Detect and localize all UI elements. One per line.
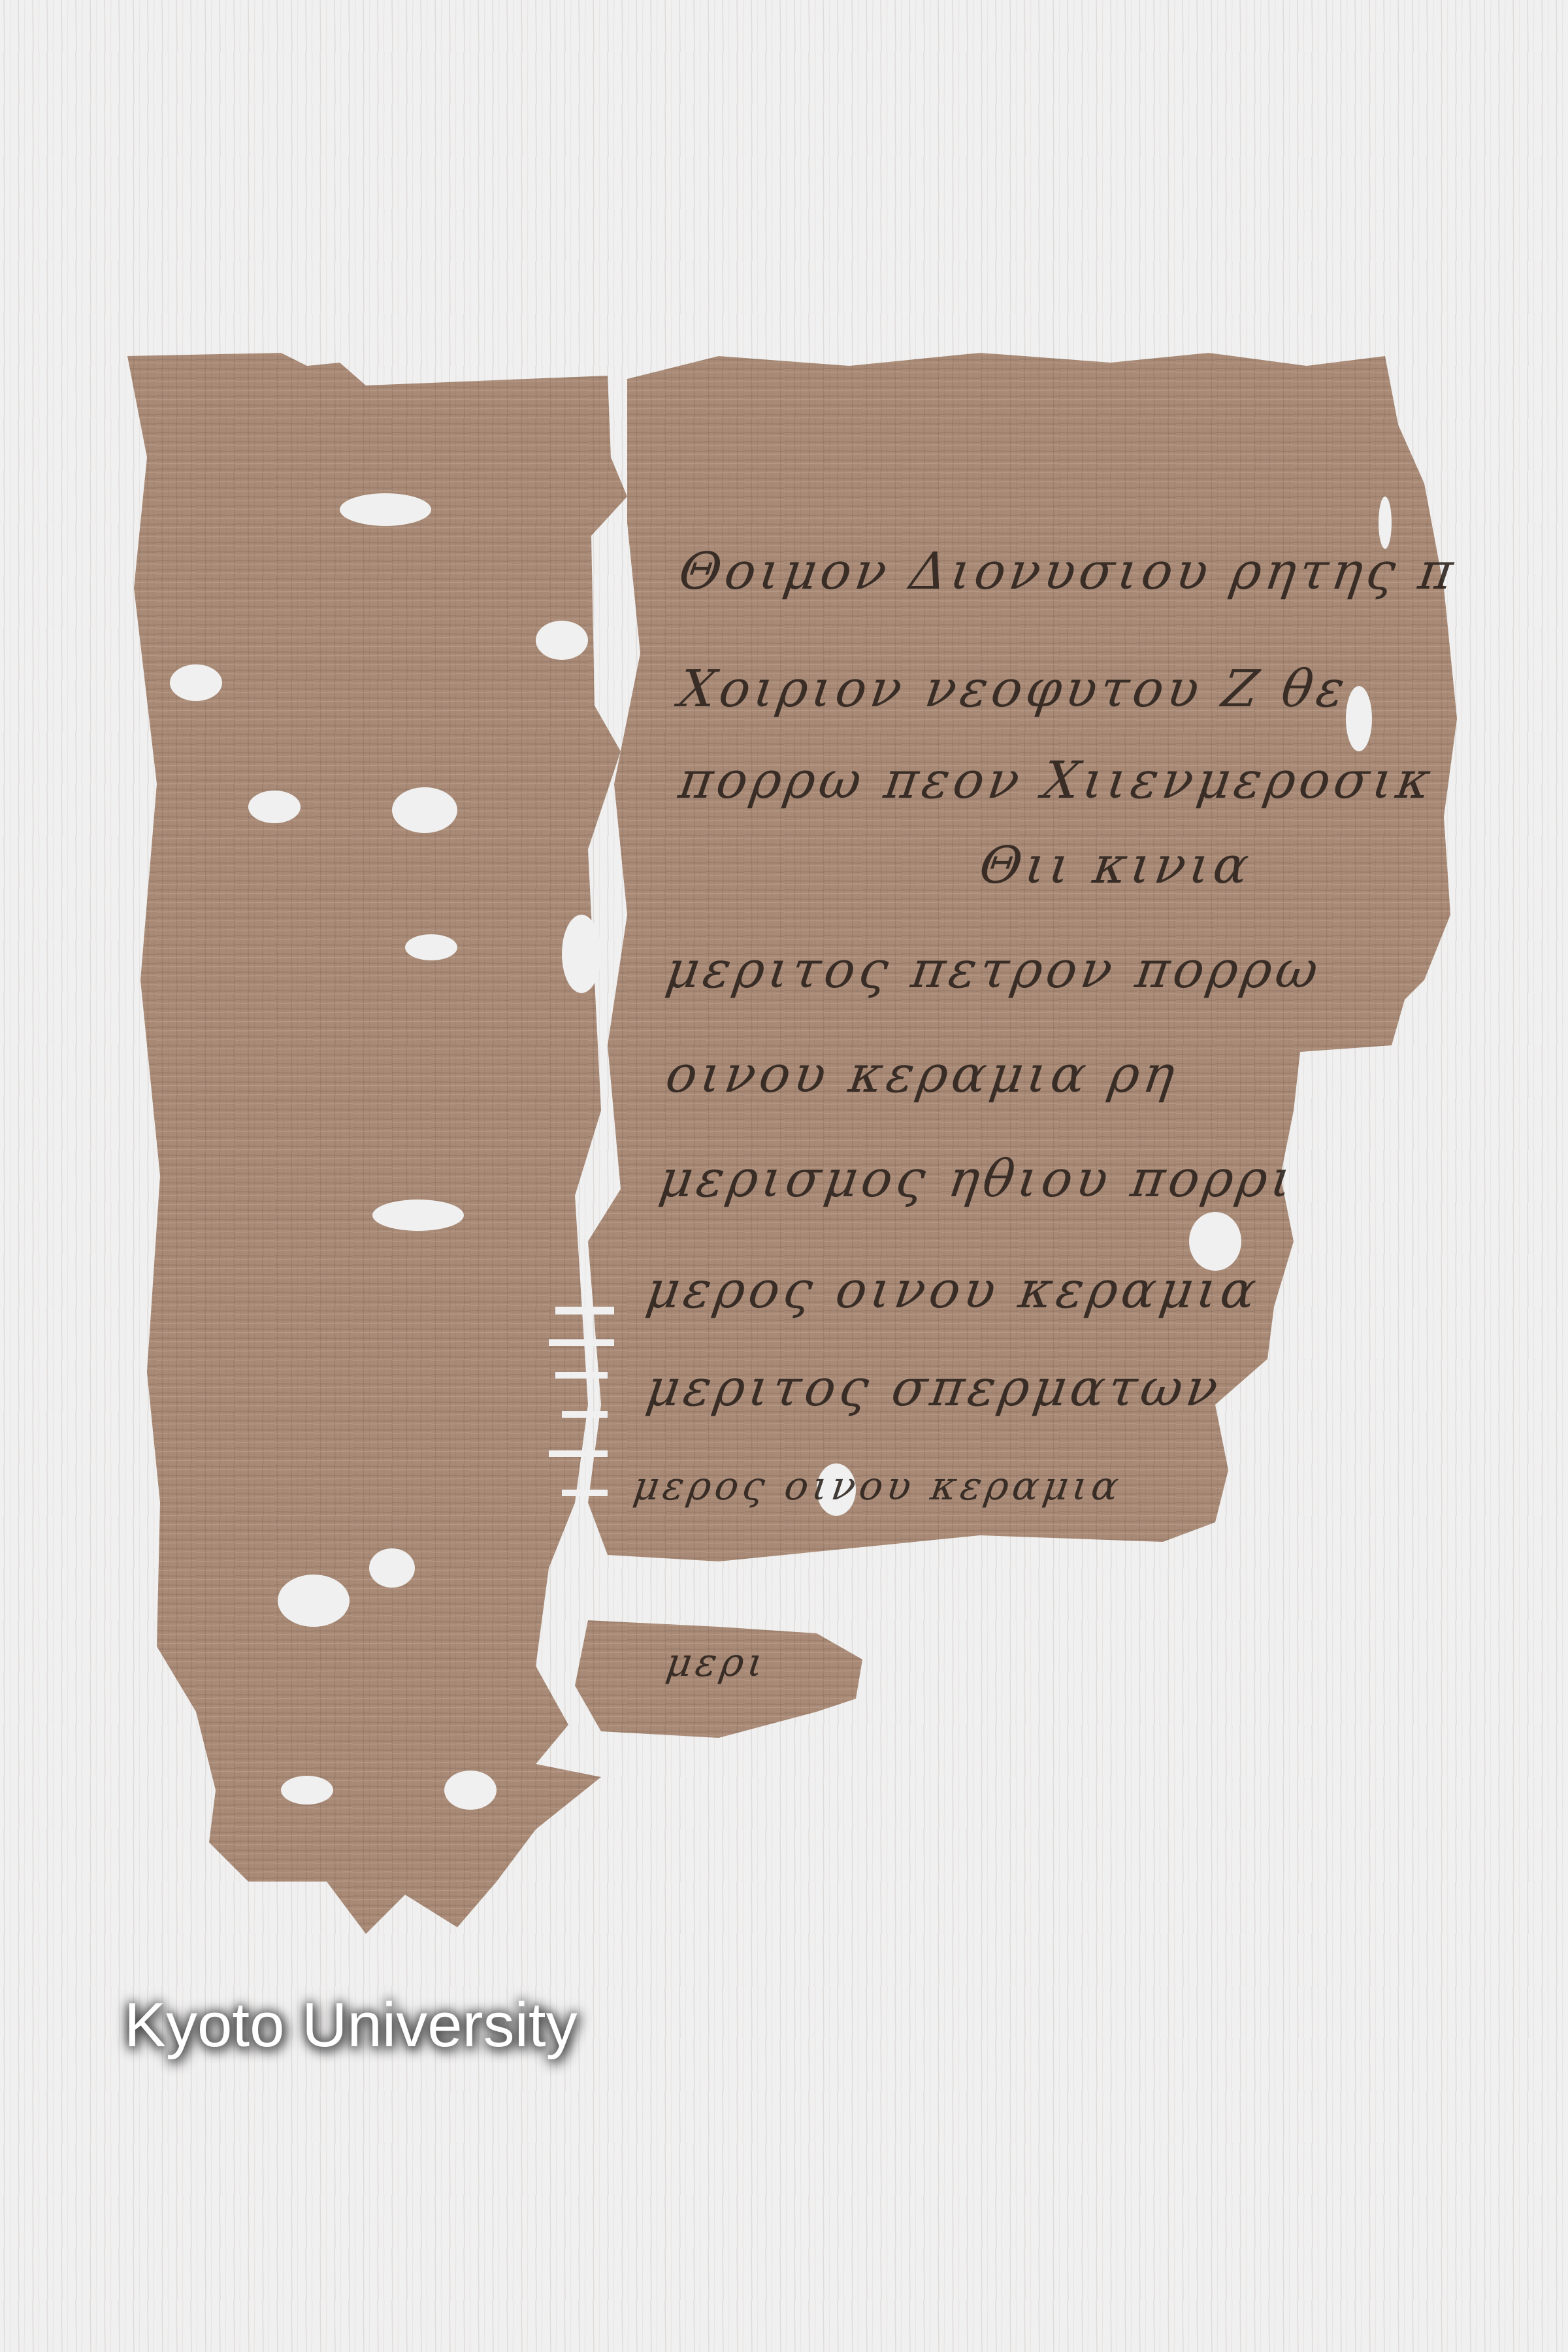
text-line: Χοιριον νεοφυτου Ζ θε xyxy=(676,660,1352,719)
text-line: μερισμος ηθιου πορρι xyxy=(656,1150,1299,1209)
text-line: Θοιμον Διονυσιου ρητης π xyxy=(676,542,1461,601)
text-line: μεριτος σπερματων xyxy=(643,1359,1226,1418)
text-line: μερος οινου κεραμια xyxy=(643,1261,1264,1320)
text-line: Θιι κινια xyxy=(976,836,1256,895)
text-line: οινου κεραμια ρη xyxy=(662,1045,1183,1104)
text-line: μεριτος πετρον πορρω xyxy=(662,941,1326,1000)
watermark-text: Kyoto University xyxy=(124,1989,578,2061)
text-line: μερι xyxy=(663,1640,770,1686)
text-line: πορρω πεον Χιιενμεροσικ xyxy=(676,751,1439,810)
text-line: μερος οινου κεραμια xyxy=(630,1463,1125,1509)
